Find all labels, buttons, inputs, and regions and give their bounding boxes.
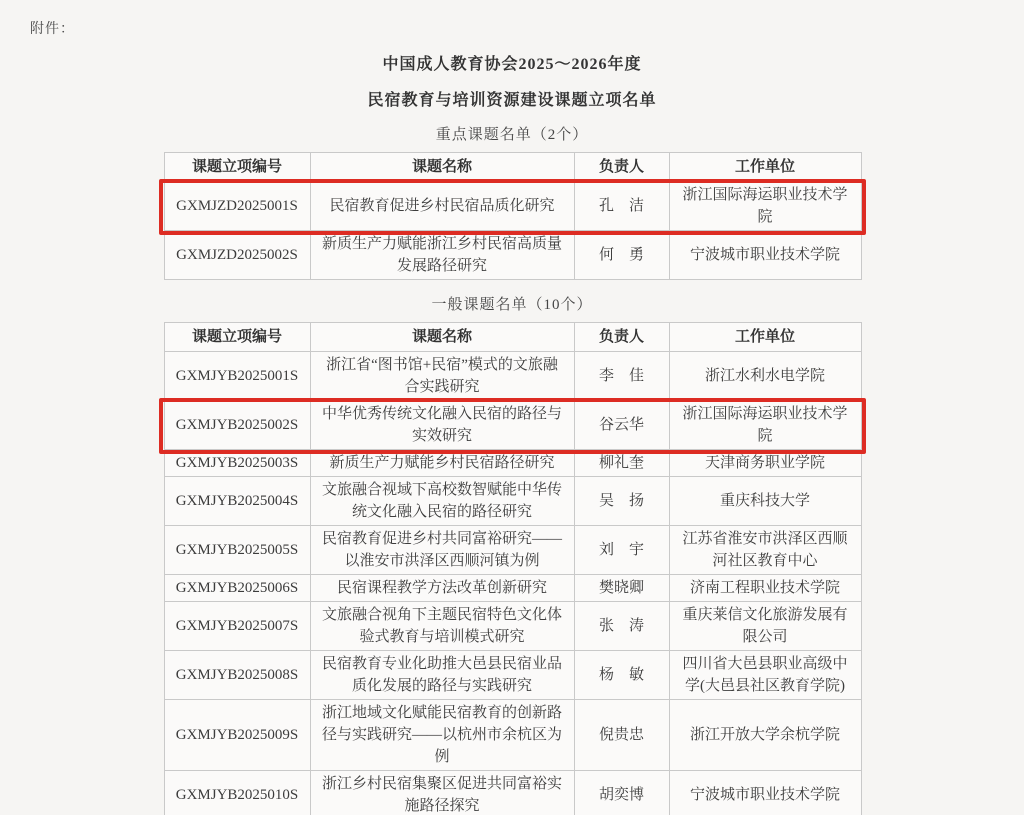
table-row: GXMJYB2025010S浙江乡村民宿集聚区促进共同富裕实施路径探究胡奕博宁波… xyxy=(164,771,861,815)
column-header-project-id: 课题立项编号 xyxy=(164,153,310,182)
unit-cell: 重庆科技大学 xyxy=(669,477,861,526)
unit-cell: 浙江开放大学余杭学院 xyxy=(669,700,861,771)
project-title-cell: 浙江地域文化赋能民宿教育的创新路径与实践研究——以杭州市余杭区为例 xyxy=(310,700,574,771)
table-row: GXMJYB2025005S民宿教育促进乡村共同富裕研究——以淮安市洪泽区西顺河… xyxy=(164,526,861,575)
table-row: GXMJZD2025001S民宿教育促进乡村民宿品质化研究孔 洁浙江国际海运职业… xyxy=(164,182,861,231)
attachment-label: 附件： xyxy=(30,18,1024,38)
unit-cell: 重庆莱信文化旅游发展有限公司 xyxy=(669,602,861,651)
leader-cell: 何 勇 xyxy=(574,231,669,280)
project-id-cell: GXMJYB2025004S xyxy=(164,477,310,526)
leader-cell: 张 涛 xyxy=(574,602,669,651)
leader-cell: 柳礼奎 xyxy=(574,450,669,477)
table-row: GXMJYB2025007S文旅融合视角下主题民宿特色文化体验式教育与培训模式研… xyxy=(164,602,861,651)
leader-cell: 刘 宇 xyxy=(574,526,669,575)
table-row: GXMJYB2025003S新质生产力赋能乡村民宿路径研究柳礼奎天津商务职业学院 xyxy=(164,450,861,477)
unit-cell: 宁波城市职业技术学院 xyxy=(669,231,861,280)
project-title-cell: 中华优秀传统文化融入民宿的路径与实效研究 xyxy=(310,401,574,450)
section-heading-key-projects: 重点课题名单（2个） xyxy=(0,123,1024,144)
project-title-cell: 民宿教育促进乡村共同富裕研究——以淮安市洪泽区西顺河镇为例 xyxy=(310,526,574,575)
leader-cell: 孔 洁 xyxy=(574,182,669,231)
table-row: GXMJZD2025002S新质生产力赋能浙江乡村民宿高质量发展路径研究何 勇宁… xyxy=(164,231,861,280)
unit-cell: 济南工程职业技术学院 xyxy=(669,575,861,602)
project-id-cell: GXMJYB2025005S xyxy=(164,526,310,575)
key-projects-table: 课题立项编号 课题名称 负责人 工作单位 GXMJZD2025001S民宿教育促… xyxy=(164,152,862,280)
column-header-unit: 工作单位 xyxy=(669,153,861,182)
document-title-line1: 中国成人教育协会2025～2026年度 xyxy=(0,51,1024,74)
project-id-cell: GXMJZD2025002S xyxy=(164,231,310,280)
table-row: GXMJYB2025004S文旅融合视域下高校数智赋能中华传统文化融入民宿的路径… xyxy=(164,477,861,526)
unit-cell: 宁波城市职业技术学院 xyxy=(669,771,861,815)
unit-cell: 江苏省淮安市洪泽区西顺河社区教育中心 xyxy=(669,526,861,575)
leader-cell: 倪贵忠 xyxy=(574,700,669,771)
project-title-cell: 文旅融合视域下高校数智赋能中华传统文化融入民宿的路径研究 xyxy=(310,477,574,526)
unit-cell: 浙江国际海运职业技术学院 xyxy=(669,401,861,450)
project-id-cell: GXMJYB2025002S xyxy=(164,401,310,450)
key-projects-table-wrap: 课题立项编号 课题名称 负责人 工作单位 GXMJZD2025001S民宿教育促… xyxy=(164,152,861,280)
leader-cell: 李 佳 xyxy=(574,352,669,401)
unit-cell: 浙江国际海运职业技术学院 xyxy=(669,182,861,231)
table-row: GXMJYB2025002S中华优秀传统文化融入民宿的路径与实效研究谷云华浙江国… xyxy=(164,401,861,450)
general-projects-table-wrap: 课题立项编号 课题名称 负责人 工作单位 GXMJYB2025001S浙江省“图… xyxy=(164,322,861,815)
table-row: GXMJYB2025001S浙江省“图书馆+民宿”模式的文旅融合实践研究李 佳浙… xyxy=(164,352,861,401)
column-header-project-title: 课题名称 xyxy=(310,153,574,182)
project-title-cell: 浙江省“图书馆+民宿”模式的文旅融合实践研究 xyxy=(310,352,574,401)
project-id-cell: GXMJZD2025001S xyxy=(164,182,310,231)
leader-cell: 吴 扬 xyxy=(574,477,669,526)
column-header-unit: 工作单位 xyxy=(669,323,861,352)
leader-cell: 谷云华 xyxy=(574,401,669,450)
document-page: 附件： 中国成人教育协会2025～2026年度 民宿教育与培训资源建设课题立项名… xyxy=(0,0,1024,815)
project-title-cell: 民宿教育专业化助推大邑县民宿业品质化发展的路径与实践研究 xyxy=(310,651,574,700)
column-header-leader: 负责人 xyxy=(574,323,669,352)
project-id-cell: GXMJYB2025009S xyxy=(164,700,310,771)
table-row: GXMJYB2025009S浙江地域文化赋能民宿教育的创新路径与实践研究——以杭… xyxy=(164,700,861,771)
unit-cell: 天津商务职业学院 xyxy=(669,450,861,477)
project-title-cell: 民宿课程教学方法改革创新研究 xyxy=(310,575,574,602)
project-title-cell: 文旅融合视角下主题民宿特色文化体验式教育与培训模式研究 xyxy=(310,602,574,651)
project-id-cell: GXMJYB2025003S xyxy=(164,450,310,477)
unit-cell: 四川省大邑县职业高级中学(大邑县社区教育学院) xyxy=(669,651,861,700)
document-title-line2: 民宿教育与培训资源建设课题立项名单 xyxy=(0,87,1024,110)
project-title-cell: 新质生产力赋能浙江乡村民宿高质量发展路径研究 xyxy=(310,231,574,280)
leader-cell: 樊晓卿 xyxy=(574,575,669,602)
project-title-cell: 民宿教育促进乡村民宿品质化研究 xyxy=(310,182,574,231)
leader-cell: 杨 敏 xyxy=(574,651,669,700)
column-header-project-id: 课题立项编号 xyxy=(164,323,310,352)
table-header-row: 课题立项编号 课题名称 负责人 工作单位 xyxy=(164,323,861,352)
project-id-cell: GXMJYB2025008S xyxy=(164,651,310,700)
table-row: GXMJYB2025008S民宿教育专业化助推大邑县民宿业品质化发展的路径与实践… xyxy=(164,651,861,700)
project-id-cell: GXMJYB2025010S xyxy=(164,771,310,815)
table-header-row: 课题立项编号 课题名称 负责人 工作单位 xyxy=(164,153,861,182)
project-id-cell: GXMJYB2025001S xyxy=(164,352,310,401)
project-id-cell: GXMJYB2025006S xyxy=(164,575,310,602)
column-header-leader: 负责人 xyxy=(574,153,669,182)
unit-cell: 浙江水利水电学院 xyxy=(669,352,861,401)
project-title-cell: 浙江乡村民宿集聚区促进共同富裕实施路径探究 xyxy=(310,771,574,815)
leader-cell: 胡奕博 xyxy=(574,771,669,815)
table-row: GXMJYB2025006S民宿课程教学方法改革创新研究樊晓卿济南工程职业技术学… xyxy=(164,575,861,602)
project-id-cell: GXMJYB2025007S xyxy=(164,602,310,651)
section-heading-general-projects: 一般课题名单（10个） xyxy=(0,293,1024,314)
project-title-cell: 新质生产力赋能乡村民宿路径研究 xyxy=(310,450,574,477)
column-header-project-title: 课题名称 xyxy=(310,323,574,352)
general-projects-table: 课题立项编号 课题名称 负责人 工作单位 GXMJYB2025001S浙江省“图… xyxy=(164,322,862,815)
